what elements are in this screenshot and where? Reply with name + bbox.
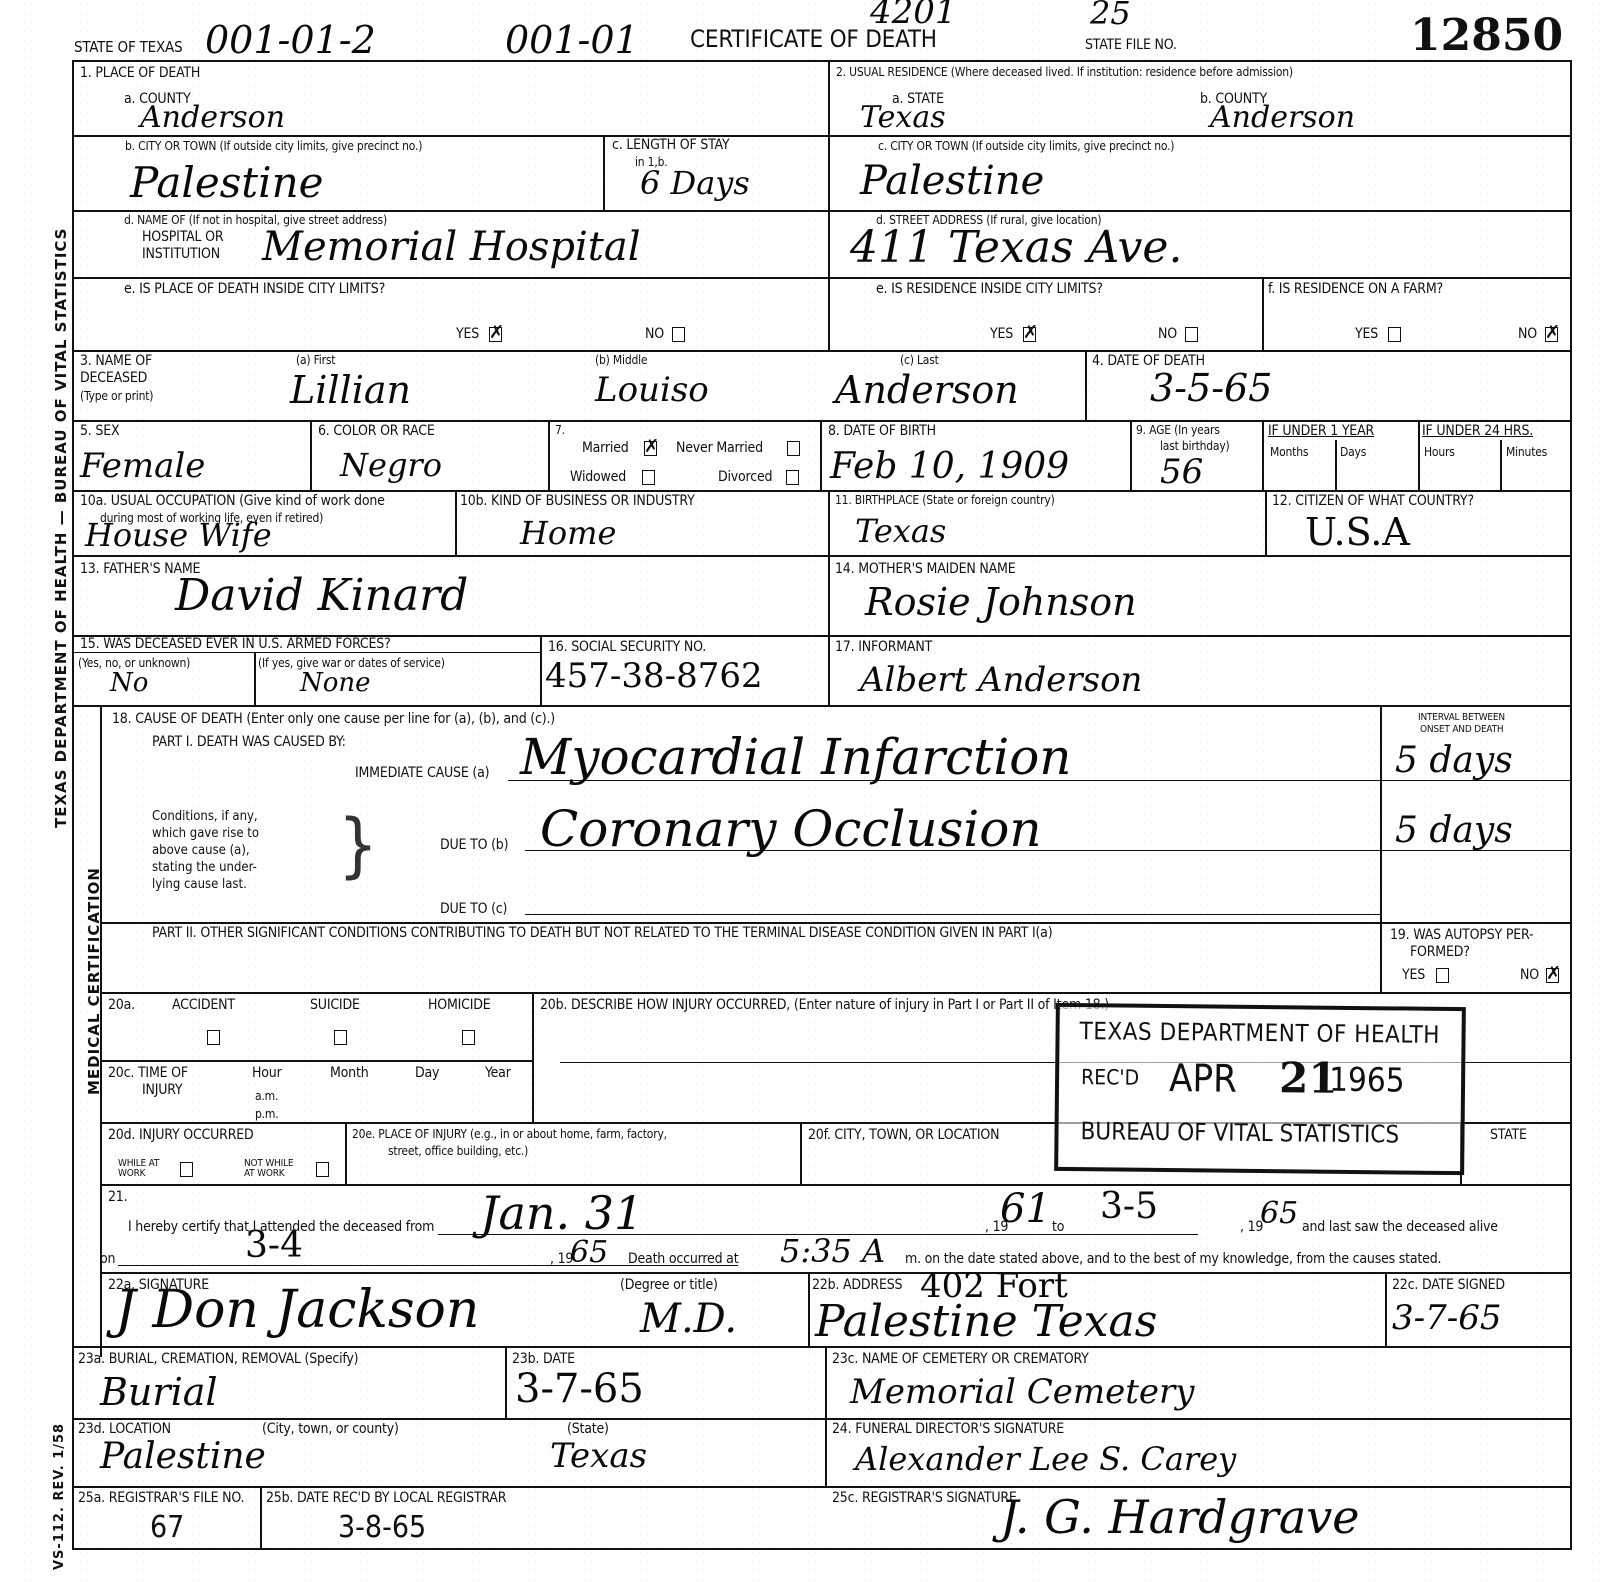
received-stamp: TEXAS DEPARTMENT OF HEALTH REC'D APR 21 … xyxy=(1054,1003,1466,1175)
row-line xyxy=(72,277,1572,279)
divider-age xyxy=(1262,420,1264,490)
divider-citizen xyxy=(1265,490,1267,555)
first-name-value: Lillian xyxy=(290,368,411,412)
stamp-month: APR xyxy=(1169,1056,1237,1101)
business-value: Home xyxy=(520,514,616,552)
place-of-injury-label-2: street, office building, etc.) xyxy=(388,1145,528,1158)
time-of-injury-label-2: INJURY xyxy=(142,1083,182,1098)
month-label: Month xyxy=(330,1066,368,1081)
pm-label: p.m. xyxy=(255,1108,278,1121)
hospital-value: Memorial Hospital xyxy=(262,224,641,270)
death-limits-no-checkbox[interactable] xyxy=(672,327,685,342)
divider-hours xyxy=(1500,440,1502,490)
homicide-label: HOMICIDE xyxy=(428,998,491,1013)
row-line xyxy=(72,1346,1572,1348)
burial-type-label: 23a. BURIAL, CREMATION, REMOVAL (Specify… xyxy=(78,1352,358,1367)
injury-occurred-label: 20d. INJURY OCCURRED xyxy=(108,1128,254,1143)
describe-injury-label: 20b. DESCRIBE HOW INJURY OCCURRED, (Ente… xyxy=(540,998,1109,1013)
divider-autopsy xyxy=(1380,922,1382,992)
cert-text-3: m. on the date stated above, and to the … xyxy=(905,1252,1441,1267)
months-label: Months xyxy=(1270,446,1308,459)
dob-value: Feb 10, 1909 xyxy=(830,446,1069,487)
under-1-year-label: IF UNDER 1 YEAR xyxy=(1268,424,1374,439)
armed-underline xyxy=(72,652,542,653)
row-line xyxy=(100,992,1572,994)
registrar-date-label: 25b. DATE REC'D BY LOCAL REGISTRAR xyxy=(266,1491,506,1506)
first-name-label: (a) First xyxy=(296,354,335,367)
row-line xyxy=(72,420,1572,422)
while-at-work-label-2: WORK xyxy=(118,1168,145,1179)
location-city-value: Palestine xyxy=(100,1436,266,1477)
divider-registrar-date xyxy=(260,1486,262,1550)
dob-label: 8. DATE OF BIRTH xyxy=(828,424,936,439)
divider-birthplace xyxy=(828,490,830,705)
farm-no-label: NO xyxy=(1518,327,1537,342)
death-inside-limits-label: e. IS PLACE OF DEATH INSIDE CITY LIMITS? xyxy=(124,282,385,297)
mother-name-label: 14. MOTHER'S MAIDEN NAME xyxy=(835,562,1015,577)
injury-city-label: 20f. CITY, TOWN, OR LOCATION xyxy=(808,1128,999,1143)
degree-value: M.D. xyxy=(640,1296,737,1342)
hw-above-title: 4201 xyxy=(870,0,957,32)
divider-marital xyxy=(820,420,822,490)
divider-race xyxy=(548,420,550,490)
res-limits-no-checkbox[interactable] xyxy=(1185,327,1198,342)
row-line xyxy=(100,922,1572,924)
due-to-b-value: Coronary Occlusion xyxy=(540,800,1042,858)
row-line xyxy=(72,1418,1572,1420)
date-signed-value: 3-7-65 xyxy=(1392,1298,1502,1338)
name-label-2: DECEASED xyxy=(80,371,147,386)
hospital-label-3: INSTITUTION xyxy=(142,247,220,262)
death-limits-no-label: NO xyxy=(645,327,664,342)
registrar-file-value: 67 xyxy=(150,1510,184,1545)
paper-texture xyxy=(0,0,1613,1582)
registrar-signature: J. G. Hardgrave xyxy=(1000,1490,1360,1544)
divider-dob xyxy=(1130,420,1132,490)
place-of-death-label: 1. PLACE OF DEATH xyxy=(80,66,200,81)
autopsy-yes-label: YES xyxy=(1402,968,1425,983)
name-label-3: (Type or print) xyxy=(80,390,153,403)
physician-signature: J Don Jackson xyxy=(115,1280,479,1340)
row-line xyxy=(100,1060,532,1062)
injury-state-label: STATE xyxy=(1490,1128,1527,1143)
am-label: a.m. xyxy=(255,1090,278,1103)
last-name-value: Anderson xyxy=(835,368,1019,412)
death-city-value: Palestine xyxy=(130,158,323,207)
widowed-label: Widowed xyxy=(570,470,626,485)
location-state-label: (State) xyxy=(567,1422,609,1437)
degree-label: (Degree or title) xyxy=(620,1278,718,1293)
mother-name-value: Rosie Johnson xyxy=(865,580,1137,624)
armed-forces-label: 15. WAS DECEASED EVER IN U.S. ARMED FORC… xyxy=(80,637,391,652)
due-to-c-label: DUE TO (c) xyxy=(440,902,507,917)
due-to-c-line xyxy=(525,914,1380,915)
divider-under1 xyxy=(1418,420,1420,490)
time-of-injury-label: 20c. TIME OF xyxy=(108,1066,188,1081)
sex-value: Female xyxy=(80,446,205,486)
divider-occupation xyxy=(455,490,457,555)
citizen-label: 12. CITIZEN OF WHAT COUNTRY? xyxy=(1272,494,1474,509)
birthplace-value: Texas xyxy=(855,512,946,550)
death-occurred-at-label: Death occurred at xyxy=(628,1252,738,1267)
row-line xyxy=(72,135,1572,137)
stamp-year: 1965 xyxy=(1329,1060,1405,1100)
divorced-checkbox[interactable] xyxy=(786,470,799,485)
armed-service-value: None xyxy=(300,668,371,698)
interval-b-value: 5 days xyxy=(1395,810,1513,851)
interval-label: INTERVAL BETWEEN xyxy=(1418,712,1505,723)
divider-date-signed xyxy=(1385,1272,1387,1347)
location-state-value: Texas xyxy=(550,1436,647,1476)
farm-yes-checkbox[interactable] xyxy=(1388,327,1401,342)
cert-text-2: and last saw the deceased alive xyxy=(1302,1220,1498,1235)
funeral-director-signature: Alexander Lee S. Carey xyxy=(855,1440,1236,1478)
attended-to-value: 3-5 xyxy=(1100,1186,1158,1227)
name-label: 3. NAME OF xyxy=(80,354,152,369)
interval-a-value: 5 days xyxy=(1395,740,1513,781)
never-married-label: Never Married xyxy=(676,441,763,456)
stamp-line-1: TEXAS DEPARTMENT OF HEALTH xyxy=(1079,1017,1440,1049)
divider-months xyxy=(1335,440,1337,490)
immediate-cause-value: Myocardial Infarction xyxy=(520,728,1072,786)
last-name-label: (c) Last xyxy=(900,354,939,367)
burial-type-value: Burial xyxy=(100,1370,218,1414)
autopsy-yes-checkbox[interactable] xyxy=(1436,968,1449,983)
divider-20b xyxy=(532,992,534,1122)
res-limits-yes-label: YES xyxy=(990,327,1013,342)
divider-20f xyxy=(800,1122,802,1184)
cemetery-value: Memorial Cemetery xyxy=(850,1372,1194,1412)
res-county-value: Anderson xyxy=(1210,100,1355,135)
attended-from-value: Jan. 31 xyxy=(480,1186,643,1240)
business-label: 10b. KIND OF BUSINESS OR INDUSTRY xyxy=(460,494,695,509)
state-label: STATE OF TEXAS xyxy=(74,40,182,55)
middle-name-value: Louiso xyxy=(595,370,709,410)
while-at-work-checkbox[interactable] xyxy=(180,1162,193,1177)
state-file-number: 12850 xyxy=(1410,10,1563,61)
hw-code-1: 001-01-2 xyxy=(205,18,376,62)
row-line xyxy=(72,555,1572,557)
hospital-label-2: HOSPITAL OR xyxy=(142,230,223,245)
citizen-value: U.S.A xyxy=(1305,510,1410,554)
burial-date-label: 23b. DATE xyxy=(512,1352,575,1367)
autopsy-label-2: FORMED? xyxy=(1410,945,1470,960)
divider-sex xyxy=(310,420,312,490)
not-while-work-label-2: AT WORK xyxy=(244,1168,284,1179)
residence-label: 2. USUAL RESIDENCE (Where deceased lived… xyxy=(836,66,1293,79)
divider-farm xyxy=(1262,277,1264,350)
stamp-recd: REC'D xyxy=(1081,1065,1139,1090)
location-label: 23d. LOCATION xyxy=(78,1422,171,1437)
race-value: Negro xyxy=(340,446,442,484)
date-signed-label: 22c. DATE SIGNED xyxy=(1392,1278,1505,1293)
frame-top xyxy=(72,60,1572,62)
res-inside-limits-label: e. IS RESIDENCE INSIDE CITY LIMITS? xyxy=(876,282,1103,297)
frame-left xyxy=(72,60,74,1550)
suicide-checkbox[interactable] xyxy=(334,1030,347,1045)
never-married-checkbox[interactable] xyxy=(787,441,800,456)
last-seen-value: 3-4 xyxy=(245,1225,303,1266)
divider-interval xyxy=(1380,705,1382,923)
conditions-note: Conditions, if any, which gave rise to a… xyxy=(152,808,259,893)
under-24-hrs-label: IF UNDER 24 HRS. xyxy=(1422,424,1533,439)
to-label: to xyxy=(1052,1220,1064,1235)
attended-to-year: 65 xyxy=(1260,1196,1298,1231)
divider-armed xyxy=(254,652,256,705)
minutes-label: Minutes xyxy=(1506,446,1547,459)
sex-label: 5. SEX xyxy=(80,424,119,439)
place-of-injury-label: 20e. PLACE OF INJURY (e.g., in or about … xyxy=(352,1128,667,1141)
stamp-line-3: BUREAU OF VITAL STATISTICS xyxy=(1080,1117,1399,1148)
autopsy-label: 19. WAS AUTOPSY PER- xyxy=(1390,928,1533,943)
divider-20e xyxy=(345,1122,347,1184)
divorced-label: Divorced xyxy=(718,470,772,485)
autopsy-no-checkbox[interactable] xyxy=(1546,968,1559,983)
immediate-cause-label: IMMEDIATE CAUSE (a) xyxy=(355,766,489,781)
form-number: VS-112. REV. 1/58 xyxy=(52,1423,67,1570)
date-of-death-value: 3-5-65 xyxy=(1150,366,1272,410)
cause-of-death-label: 18. CAUSE OF DEATH (Enter only one cause… xyxy=(112,712,555,727)
physician-address-label: 22b. ADDRESS xyxy=(812,1278,902,1293)
row-line xyxy=(72,350,1572,352)
marital-label: 7. xyxy=(555,424,565,437)
hw-code-2: 001-01 xyxy=(505,18,639,62)
funeral-director-label: 24. FUNERAL DIRECTOR'S SIGNATURE xyxy=(832,1422,1064,1437)
registrar-file-label: 25a. REGISTRAR'S FILE NO. xyxy=(78,1491,244,1506)
death-county-value: Anderson xyxy=(140,100,285,135)
registrar-date-value: 3-8-65 xyxy=(338,1510,426,1545)
autopsy-no-label: NO xyxy=(1520,968,1539,983)
farm-no-checkbox[interactable] xyxy=(1545,327,1558,342)
cemetery-label: 23c. NAME OF CEMETERY OR CREMATORY xyxy=(832,1352,1089,1367)
burial-date-value: 3-7-65 xyxy=(515,1366,644,1412)
res-limits-no-label: NO xyxy=(1158,327,1177,342)
due-to-b-label: DUE TO (b) xyxy=(440,838,508,853)
row-line xyxy=(72,210,1572,212)
divider-burial-date xyxy=(505,1346,507,1418)
hour-label: Hour xyxy=(252,1066,282,1081)
day-label: Day xyxy=(415,1066,439,1081)
death-time-value: 5:35 A xyxy=(780,1232,885,1270)
hw-above-file: 25 xyxy=(1090,0,1131,32)
informant-label: 17. INFORMANT xyxy=(835,640,932,655)
farm-label: f. IS RESIDENCE ON A FARM? xyxy=(1268,282,1443,297)
suicide-label: SUICIDE xyxy=(310,998,360,1013)
cert-num: 21. xyxy=(108,1190,127,1205)
armed-value: No xyxy=(110,668,148,698)
row-line xyxy=(72,490,1572,492)
part1-label: PART I. DEATH WAS CAUSED BY: xyxy=(152,735,346,750)
physician-address-line-2: Palestine Texas xyxy=(815,1296,1157,1347)
res-city-label: c. CITY OR TOWN (If outside city limits,… xyxy=(878,140,1174,153)
married-label: Married xyxy=(582,441,629,456)
row-line xyxy=(72,1486,1572,1488)
accident-checkbox[interactable] xyxy=(207,1030,220,1045)
20a-label: 20a. xyxy=(108,998,135,1013)
widowed-checkbox[interactable] xyxy=(642,470,655,485)
death-limits-yes-label: YES xyxy=(456,327,479,342)
divider-stay xyxy=(603,135,605,210)
divider-address xyxy=(808,1272,810,1347)
year-label: Year xyxy=(485,1066,511,1081)
birthplace-label: 11. BIRTHPLACE (State or foreign country… xyxy=(835,494,1055,507)
occupation-value: House Wife xyxy=(85,516,272,554)
hours-label: Hours xyxy=(1424,446,1455,459)
not-while-work-checkbox[interactable] xyxy=(316,1162,329,1177)
row-line xyxy=(72,705,1572,707)
frame-right xyxy=(1570,60,1572,1550)
attended-from-year: 61 xyxy=(1000,1186,1051,1232)
father-name-value: David Kinard xyxy=(175,570,468,621)
age-value: 56 xyxy=(1160,452,1203,492)
divider-1-2 xyxy=(828,60,830,350)
death-city-label: b. CITY OR TOWN (If outside city limits,… xyxy=(125,140,422,153)
res-state-value: Texas xyxy=(860,100,946,135)
ssn-label: 16. SOCIAL SECURITY NO. xyxy=(548,640,706,655)
last-seen-year: 65 xyxy=(570,1235,608,1270)
married-checkbox[interactable] xyxy=(644,441,657,456)
stay-value: 6 Days xyxy=(640,164,750,202)
farm-yes-label: YES xyxy=(1355,327,1378,342)
divider-ssn xyxy=(540,635,542,705)
bracket: } xyxy=(338,810,378,880)
registrar-signature-label: 25c. REGISTRAR'S SIGNATURE xyxy=(832,1491,1017,1506)
row-line xyxy=(100,1184,1572,1186)
dept-side-text: TEXAS DEPARTMENT OF HEALTH — BUREAU OF V… xyxy=(52,228,70,829)
middle-name-label: (b) Middle xyxy=(595,354,647,367)
location-city-label: (City, town, or county) xyxy=(262,1422,399,1437)
frame-bottom xyxy=(72,1548,1572,1550)
race-label: 6. COLOR OR RACE xyxy=(318,424,435,439)
on-label: on xyxy=(100,1252,115,1267)
days-label: Days xyxy=(1340,446,1366,459)
res-street-value: 411 Texas Ave. xyxy=(850,222,1182,273)
age-label: 9. AGE (In years xyxy=(1136,424,1220,437)
homicide-checkbox[interactable] xyxy=(462,1030,475,1045)
divider-cemetery xyxy=(825,1346,827,1486)
ssn-value: 457-38-8762 xyxy=(545,656,763,696)
informant-value: Albert Anderson xyxy=(860,660,1142,700)
stay-label: c. LENGTH OF STAY xyxy=(612,138,729,153)
death-limits-yes-checkbox[interactable] xyxy=(489,327,502,342)
divider-dod xyxy=(1085,350,1087,420)
res-city-value: Palestine xyxy=(860,158,1044,204)
accident-label: ACCIDENT xyxy=(172,998,235,1013)
part2-label: PART II. OTHER SIGNIFICANT CONDITIONS CO… xyxy=(152,926,1052,941)
row-line xyxy=(100,1272,1572,1274)
state-file-label: STATE FILE NO. xyxy=(1085,38,1177,53)
occupation-label: 10a. USUAL OCCUPATION (Give kind of work… xyxy=(80,494,385,509)
res-limits-yes-checkbox[interactable] xyxy=(1023,327,1036,342)
interval-label-2: ONSET AND DEATH xyxy=(1420,724,1503,735)
